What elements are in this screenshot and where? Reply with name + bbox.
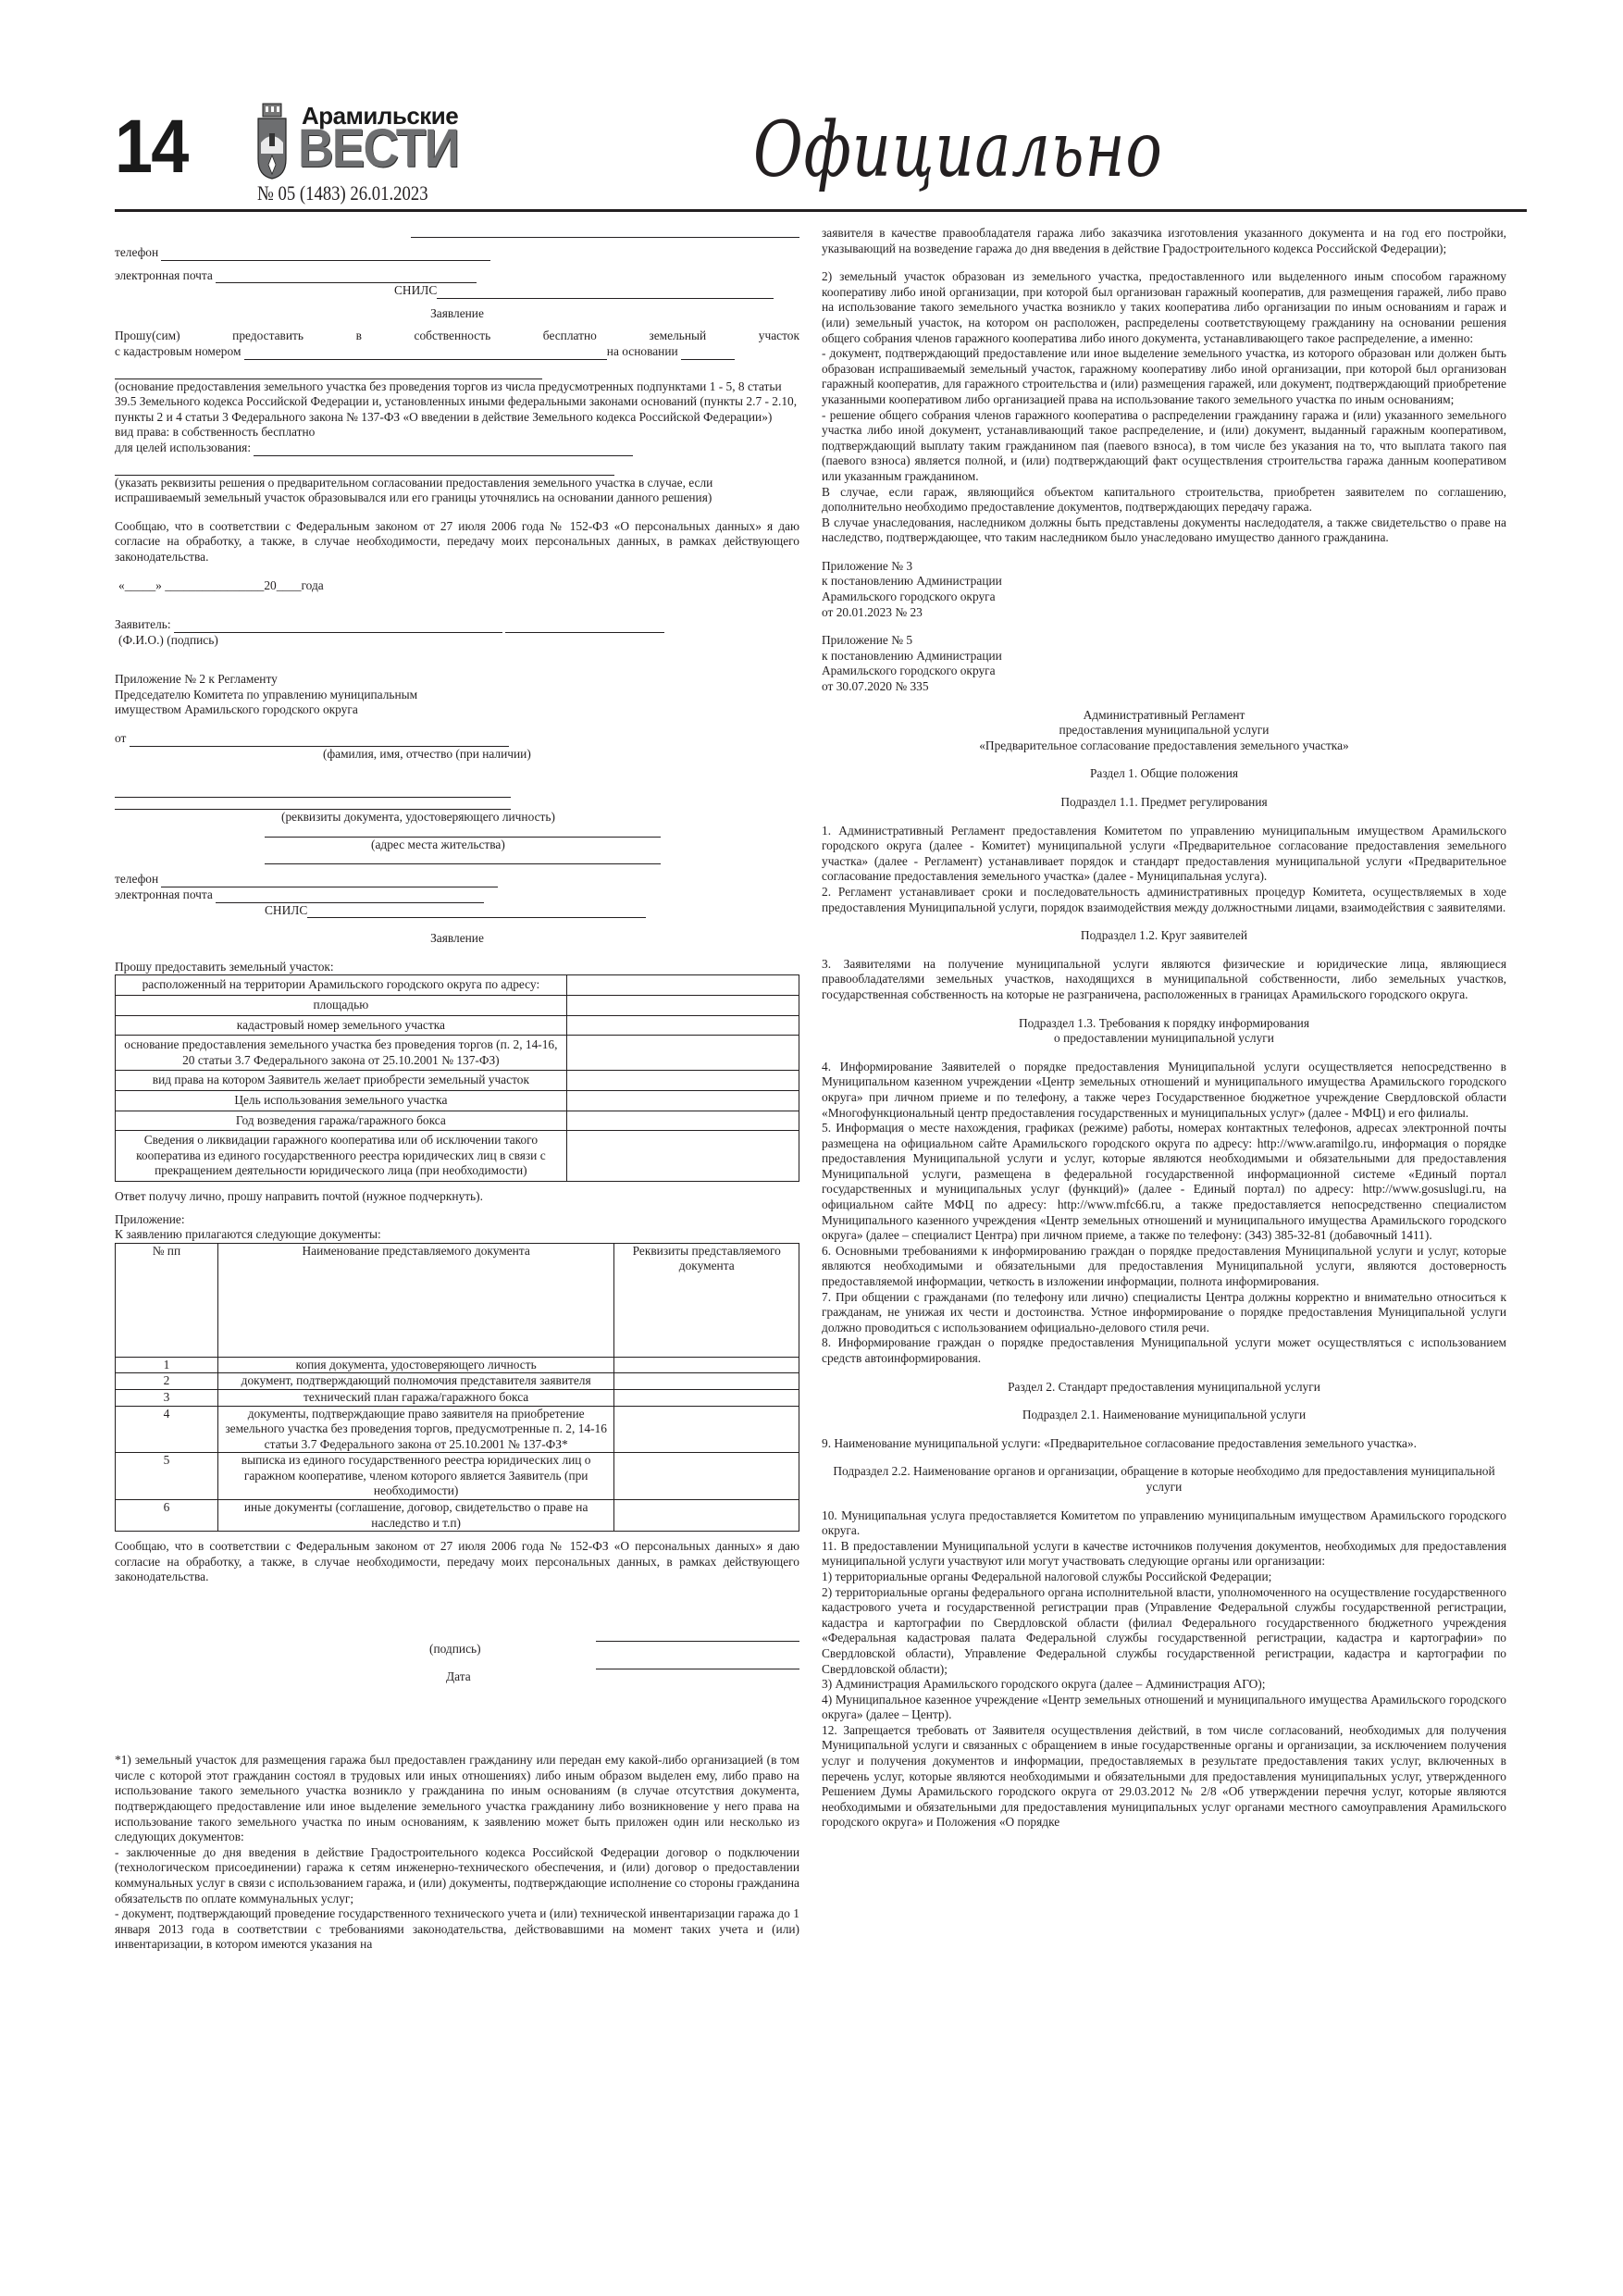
appendix3-block: Приложение № 3 к постановлению Администр… [822, 559, 1506, 620]
row-number: 5 [116, 1453, 218, 1500]
applicant-signature-field[interactable] [505, 621, 664, 633]
regulation-title-line: Административный Регламент [822, 708, 1506, 724]
row-number: 6 [116, 1500, 218, 1532]
issue-info: № 05 (1483) 26.01.2023 [257, 181, 428, 205]
clause-11: 11. В предоставлении Муниципальной услуг… [822, 1539, 1506, 1570]
basis-label: на основании [607, 344, 678, 360]
table-row: площадью [116, 996, 799, 1016]
clause-7: 7. При общении с гражданами (по телефону… [822, 1290, 1506, 1336]
appendix3-line: Приложение № 3 [822, 559, 1506, 575]
field-label: вид права на котором Заявитель желает пр… [116, 1071, 567, 1091]
appendix2-line: Приложение № 2 к Регламенту [115, 672, 799, 688]
clause-11-item: 3) Администрация Арамильского городского… [822, 1677, 1506, 1693]
column-header: Реквизиты представляемого документа [614, 1243, 799, 1357]
document-details[interactable] [614, 1357, 799, 1373]
document-details[interactable] [614, 1453, 799, 1500]
table-row: расположенный на территории Арамильского… [116, 975, 799, 996]
continued-paragraph: заявителя в качестве правообладателя гар… [822, 226, 1506, 256]
field-value[interactable] [566, 1090, 799, 1111]
fio-caption: (фамилия, имя, отчество (при наличии) [115, 747, 799, 763]
coat-of-arms-icon [257, 102, 287, 180]
left-column: телефон электронная почта СНИЛС Заявлени… [115, 226, 799, 1953]
table-row: 6иные документы (соглашение, договор, св… [116, 1500, 799, 1532]
email-label: электронная почта [115, 887, 213, 903]
column-header: № пп [116, 1243, 218, 1357]
header-rule [115, 209, 1527, 212]
document-name: копия документа, удостоверяющего личност… [217, 1357, 614, 1373]
applicant-name-field[interactable] [174, 621, 502, 633]
field-label: основание предоставления земельного учас… [116, 1036, 567, 1071]
applicant-sub: (Ф.И.О.) (подпись) [115, 633, 799, 649]
clause-1: 1. Административный Регламент предоставл… [822, 824, 1506, 885]
table-row: 3технический план гаража/гаражного бокса [116, 1389, 799, 1406]
section-heading: Раздел 1. Общие положения [822, 766, 1506, 782]
table-row: 4документы, подтверждающие право заявите… [116, 1406, 799, 1453]
date-label: Дата [115, 1669, 799, 1685]
answer-text: Ответ получу лично, прошу направить почт… [115, 1189, 799, 1205]
clause-2: 2. Регламент устанавливает сроки и после… [822, 885, 1506, 915]
field-label: кадастровый номер земельного участка [116, 1015, 567, 1036]
document-name: технический план гаража/гаражного бокса [217, 1389, 614, 1406]
page-header: 14 Арамильские ВЕСТИ № 05 (1483) 26.01.2… [115, 100, 1525, 192]
snils-label: СНИЛС [394, 283, 437, 299]
page-number: 14 [115, 109, 187, 185]
column-header: Наименование представляемого документа [217, 1243, 614, 1357]
id-field-cont[interactable] [115, 798, 511, 810]
basis-field[interactable] [681, 348, 735, 360]
applicant-label: Заявитель: [115, 617, 171, 633]
consent-text: Сообщаю, что в соответствии с Федеральны… [115, 519, 799, 565]
decision-note: (указать реквизиты решения о предварител… [115, 476, 799, 506]
clause-3: 3. Заявителями на получение муниципально… [822, 957, 1506, 1003]
request-text: Прошу(сим) предоставить в собственность … [115, 329, 799, 344]
table-row: Сведения о ликвидации гаражного кооперат… [116, 1131, 799, 1182]
table-row: Год возведения гаража/гаражного бокса [116, 1111, 799, 1131]
regulation-title: Административный Регламент предоставлени… [822, 708, 1506, 754]
regulation-title-line: предоставления муниципальной услуги [822, 723, 1506, 738]
row-number: 4 [116, 1406, 218, 1453]
field-value[interactable] [566, 996, 799, 1016]
email-field[interactable] [216, 271, 477, 283]
field-value[interactable] [566, 1111, 799, 1131]
right-column: заявителя в качестве правообладателя гар… [822, 226, 1506, 1831]
document-details[interactable] [614, 1389, 799, 1406]
section-title: Официально [753, 109, 1163, 192]
clause-10: 10. Муниципальная услуга предоставляется… [822, 1508, 1506, 1539]
document-name: выписка из единого государственного реес… [217, 1453, 614, 1500]
clause-6: 6. Основными требованиями к информирован… [822, 1244, 1506, 1290]
paragraph-2-item: - решение общего собрания членов гаражно… [822, 408, 1506, 485]
clause-11-item: 2) территориальные органы федерального о… [822, 1585, 1506, 1678]
appendix5-line: от 30.07.2020 № 335 [822, 679, 1506, 695]
phone-field[interactable] [161, 875, 498, 887]
basis-field-cont[interactable] [115, 367, 542, 379]
subsection-heading: Подраздел 1.3. Требования к порядку инфо… [822, 1016, 1506, 1032]
blank-line [411, 226, 799, 238]
from-field[interactable] [130, 735, 509, 747]
footnote-item: - документ, подтверждающий проведение го… [115, 1906, 799, 1953]
id-caption: (реквизиты документа, удостоверяющего ли… [115, 810, 799, 825]
purpose-field[interactable] [254, 444, 633, 456]
cadastral-field[interactable] [244, 348, 607, 360]
field-value[interactable] [566, 1015, 799, 1036]
clause-8: 8. Информирование граждан о порядке пред… [822, 1335, 1506, 1366]
footnote: *1) земельный участок для размещения гар… [115, 1753, 799, 1845]
appendix2-block: Приложение № 2 к Регламенту Председателю… [115, 672, 799, 718]
subsection-heading: Подраздел 1.1. Предмет регулирования [822, 795, 1506, 811]
clause-9: 9. Наименование муниципальной услуги: «П… [822, 1436, 1506, 1452]
appendix2-line: Председателю Комитета по управлению муни… [115, 688, 799, 703]
clause-11-item: 1) территориальные органы Федеральной на… [822, 1570, 1506, 1585]
attachment-intro: К заявлению прилагаются следующие докуме… [115, 1227, 799, 1243]
snils-field[interactable] [437, 287, 774, 299]
appendix3-line: к постановлению Администрации [822, 574, 1506, 590]
table-row: основание предоставления земельного учас… [116, 1036, 799, 1071]
appendix3-line: от 20.01.2023 № 23 [822, 605, 1506, 621]
appendix3-line: Арамильского городского округа [822, 590, 1506, 605]
decision-field[interactable] [115, 464, 614, 476]
consent-text-2: Сообщаю, что в соответствии с Федеральны… [115, 1539, 799, 1585]
appendix5-line: Приложение № 5 [822, 633, 1506, 649]
table-row: 1копия документа, удостоверяющего личнос… [116, 1357, 799, 1373]
purpose-label: для целей использования: [115, 441, 251, 456]
clause-11-item: 4) Муниципальное казенное учреждение «Це… [822, 1693, 1506, 1723]
subsection-heading: Подраздел 2.2. Наименование органов и ор… [822, 1464, 1506, 1495]
table-row: Цель использования земельного участка [116, 1090, 799, 1111]
appendix5-line: Арамильского городского округа [822, 664, 1506, 679]
clause-12: 12. Запрещается требовать от Заявителя о… [822, 1723, 1506, 1831]
table-row: 5выписка из единого государственного рее… [116, 1453, 799, 1500]
paragraph-2-item: - документ, подтверждающий предоставлени… [822, 346, 1506, 407]
clause-5: 5. Информация о месте нахождения, график… [822, 1121, 1506, 1244]
signature-label: (подпись) [115, 1642, 799, 1657]
snils-field[interactable] [307, 906, 646, 918]
subsection-heading: о предоставлении муниципальной услуги [822, 1031, 1506, 1047]
table-header-row: № пп Наименование представляемого докуме… [116, 1243, 799, 1357]
field-label: Год возведения гаража/гаражного бокса [116, 1111, 567, 1131]
document-details[interactable] [614, 1406, 799, 1453]
id-field[interactable] [115, 786, 511, 798]
field-label: Сведения о ликвидации гаражного кооперат… [116, 1131, 567, 1182]
appendix2-line: имуществом Арамильского городского округ… [115, 702, 799, 718]
row-number: 3 [116, 1389, 218, 1406]
field-label: Цель использования земельного участка [116, 1090, 567, 1111]
paragraph-2-item: В случае унаследования, наследником долж… [822, 515, 1506, 546]
address-field-cont[interactable] [265, 852, 661, 864]
regulation-title-line: «Предварительное согласование предоставл… [822, 738, 1506, 754]
date-field[interactable] [596, 1657, 799, 1669]
field-value[interactable] [566, 1131, 799, 1182]
table-row: вид права на котором Заявитель желает пр… [116, 1071, 799, 1091]
document-name: документы, подтверждающие право заявител… [217, 1406, 614, 1453]
basis-note: (основание предоставления земельного уча… [115, 379, 799, 426]
appendix5-block: Приложение № 5 к постановлению Администр… [822, 633, 1506, 694]
brand-name-main: ВЕСТИ [298, 122, 458, 176]
appendix5-line: к постановлению Администрации [822, 649, 1506, 664]
request-land: Прошу предоставить земельный участок: [115, 960, 799, 975]
phone-label: телефон [115, 245, 158, 261]
paragraph-2-item: В случае, если гараж, являющийся объекто… [822, 485, 1506, 515]
clause-4: 4. Информирование Заявителей о порядке п… [822, 1060, 1506, 1121]
section-heading: Раздел 2. Стандарт предоставления муници… [822, 1380, 1506, 1396]
field-label: расположенный на территории Арамильского… [116, 975, 567, 996]
document-details[interactable] [614, 1500, 799, 1532]
address-field[interactable] [265, 825, 661, 838]
signature-field[interactable] [596, 1630, 799, 1642]
field-label: площадью [116, 996, 567, 1016]
documents-table: № пп Наименование представляемого докуме… [115, 1243, 799, 1533]
land-table: расположенный на территории Арамильского… [115, 974, 799, 1182]
cadastral-label: с кадастровым номером [115, 344, 241, 360]
attachment-label: Приложение: [115, 1212, 799, 1228]
row-number: 2 [116, 1373, 218, 1390]
from-label: от [115, 731, 126, 747]
table-row: 2документ, подтверждающий полномочия пре… [116, 1373, 799, 1390]
date-line: «_____» ________________20____года [115, 578, 799, 594]
subsection-heading: Подраздел 1.2. Круг заявителей [822, 928, 1506, 944]
statement-title: Заявление [115, 931, 799, 947]
footnote-item: - заключенные до дня введения в действие… [115, 1845, 799, 1906]
newspaper-logo: Арамильские ВЕСТИ [257, 102, 590, 194]
email-field[interactable] [216, 891, 484, 903]
phone-field[interactable] [161, 249, 490, 261]
right-type: вид права: в собственность бесплатно [115, 425, 799, 441]
document-name: иные документы (соглашение, договор, сви… [217, 1500, 614, 1532]
document-details[interactable] [614, 1373, 799, 1390]
snils-label: СНИЛС [265, 903, 307, 919]
statement-title: Заявление [115, 306, 799, 322]
row-number: 1 [116, 1357, 218, 1373]
address-caption: (адрес места жительства) [115, 838, 799, 853]
field-value[interactable] [566, 1071, 799, 1091]
field-value[interactable] [566, 975, 799, 996]
document-name: документ, подтверждающий полномочия пред… [217, 1373, 614, 1390]
subsection-heading: Подраздел 2.1. Наименование муниципально… [822, 1408, 1506, 1423]
email-label: электронная почта [115, 268, 213, 284]
table-row: кадастровый номер земельного участка [116, 1015, 799, 1036]
phone-label: телефон [115, 872, 158, 887]
field-value[interactable] [566, 1036, 799, 1071]
paragraph-2: 2) земельный участок образован из земель… [822, 269, 1506, 346]
